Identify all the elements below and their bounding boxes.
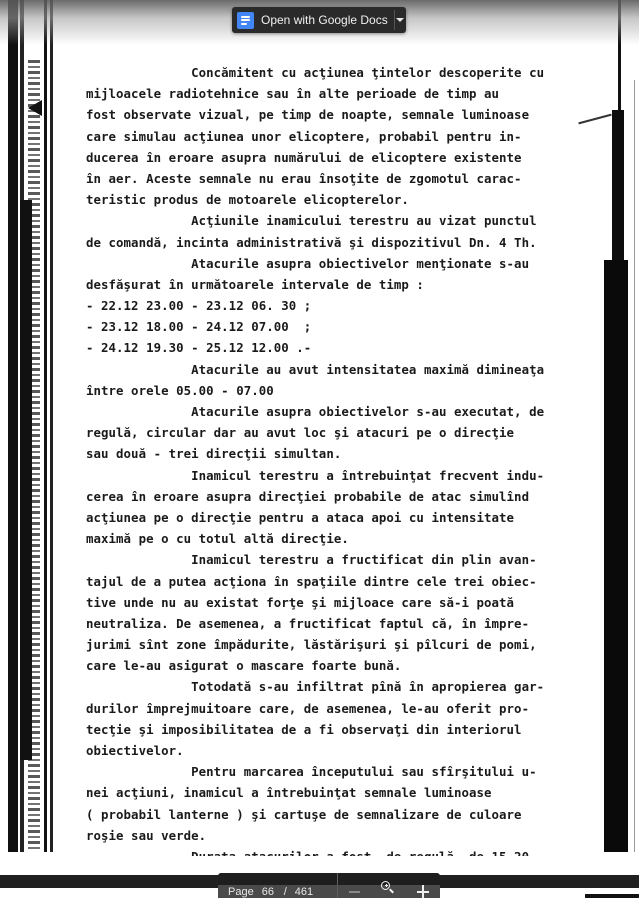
document-line: - 22.12 23.00 - 23.12 06. 30 ; <box>86 295 581 316</box>
pdf-viewer: Concămitent cu acţiunea ţintelor descope… <box>0 0 639 898</box>
document-line: durilor împrejmuitoare care, de asemenea… <box>86 698 581 719</box>
document-line: acţiunea pe o direcţie pentru a ataca ap… <box>86 507 581 528</box>
document-line: Inamicul terestru a întrebuinţat frecven… <box>86 465 581 486</box>
open-with-google-docs: Open with Google Docs <box>232 7 406 33</box>
document-line: Totodată s-au infiltrat pînă în apropier… <box>86 676 581 697</box>
scan-margin-left <box>6 0 54 852</box>
document-line: Inamicul terestru a fructificat din plin… <box>86 549 581 570</box>
document-line: nei acţiuni, inamicul a întrebuinţat sem… <box>86 782 581 803</box>
document-line: Atacurile asupra obiectivelor s-au execu… <box>86 401 581 422</box>
document-line: desfăşurat în următoarele intervale de t… <box>86 274 581 295</box>
document-line: teristic produs de motoarele elicopterel… <box>86 189 581 210</box>
document-line: sau două - trei direcţii simultan. <box>86 443 581 464</box>
document-line: de comandă, incinta administrativă şi di… <box>86 232 581 253</box>
document-line: Acţiunile inamicului terestru au vizat p… <box>86 210 581 231</box>
document-line: roşie sau verde. <box>86 825 581 846</box>
open-with-google-docs-button[interactable]: Open with Google Docs <box>232 7 394 33</box>
document-line: regulă, circular dar au avut loc şi atac… <box>86 422 581 443</box>
document-line: fost observate vizual, pe timp de noapte… <box>86 104 581 125</box>
page-label: Page <box>228 886 254 898</box>
document-line: care le-au asigurat o mascare foarte bun… <box>86 655 581 676</box>
document-line: tecţie şi imposibilitatea de a fi observ… <box>86 719 581 740</box>
document-line: maximă pe o cu totul altă direcţie. <box>86 528 581 549</box>
document-line: mijloacele radiotehnice sau în alte peri… <box>86 83 581 104</box>
current-page-input[interactable]: 66 <box>262 886 276 898</box>
document-line: tajul de a putea acţiona în spaţiile din… <box>86 571 581 592</box>
page-indicator: Page 66 / 461 <box>218 886 337 898</box>
document-body-text: Concămitent cu acţiunea ţintelor descope… <box>86 62 581 856</box>
document-line: tive unde nu au existat forţe şi mijloac… <box>86 592 581 613</box>
zoom-in-button[interactable] <box>413 885 433 898</box>
page-controls: Page 66 / 461 <box>218 873 440 898</box>
document-line: Atacurile au avut intensitatea maximă di… <box>86 359 581 380</box>
document-line: - 23.12 18.00 - 24.12 07.00 ; <box>86 316 581 337</box>
scan-margin-right <box>590 0 639 852</box>
document-line: jurimi sînt zone împădurite, lăstărişuri… <box>86 634 581 655</box>
document-line: cerea în eroare asupra direcţiei probabi… <box>86 486 581 507</box>
document-line: între orele 05.00 - 07.00 <box>86 380 581 401</box>
open-with-dropdown-button[interactable] <box>394 7 406 33</box>
scanned-document-page: Concămitent cu acţiunea ţintelor descope… <box>0 0 639 872</box>
page-separator: / <box>284 886 287 898</box>
document-line: ( probabil lanterne ) şi cartuşe de semn… <box>86 804 581 825</box>
document-line: Atacurile asupra obiectivelor menţionate… <box>86 253 581 274</box>
document-line: neutraliza. De asemenea, a fructificat f… <box>86 613 581 634</box>
document-line: Concămitent cu acţiunea ţintelor descope… <box>86 62 581 83</box>
zoom-out-button[interactable] <box>344 885 364 898</box>
document-line: care simulau acţiunea unor elicoptere, p… <box>86 126 581 147</box>
zoom-reset-button[interactable] <box>378 885 398 898</box>
document-line: Durata atacurilor a fost, de regulă, de … <box>86 846 581 856</box>
google-docs-icon <box>237 12 254 29</box>
open-with-label: Open with Google Docs <box>261 13 388 27</box>
document-line: - 24.12 19.30 - 25.12 12.00 .- <box>86 337 581 358</box>
document-line: Pentru marcarea începutului sau sfîrşitu… <box>86 761 581 782</box>
caret-down-icon <box>396 18 404 22</box>
document-line: în aer. Aceste semnale nu erau însoţite … <box>86 168 581 189</box>
document-line: obiectivelor. <box>86 740 581 761</box>
document-line: ducerea în eroare asupra numărului de el… <box>86 147 581 168</box>
total-pages: 461 <box>295 886 313 898</box>
